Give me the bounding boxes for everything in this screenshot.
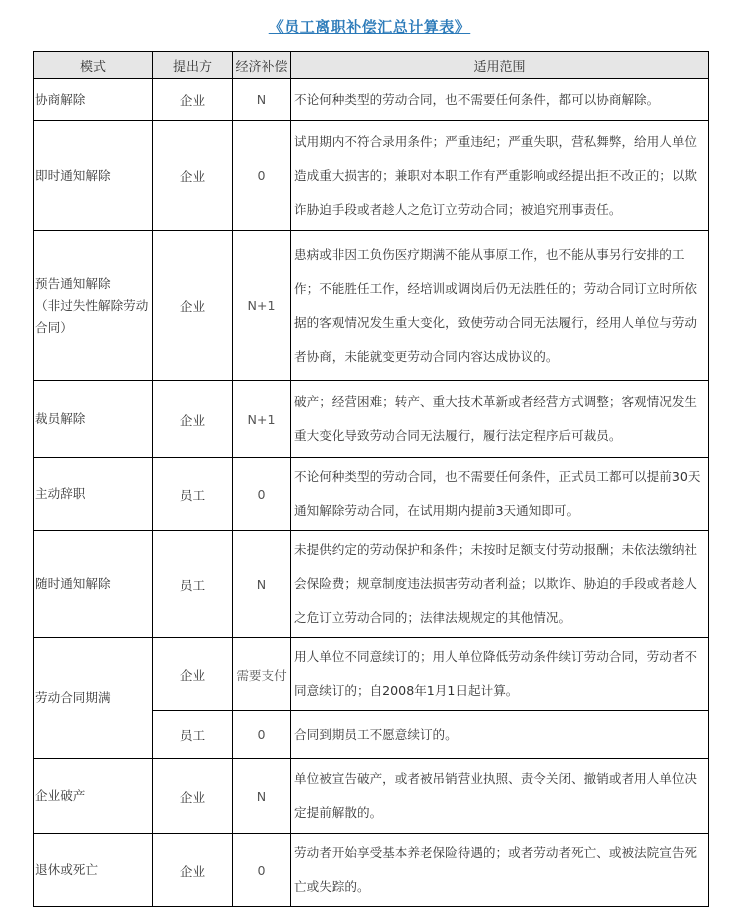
compensation-cell: 0 (233, 121, 291, 231)
compensation-cell: N (233, 759, 291, 834)
proposer-cell: 企业 (153, 231, 233, 381)
header-scope: 适用范围 (291, 52, 709, 79)
compensation-cell: N+1 (233, 231, 291, 381)
scope-cell: 试用期内不符合录用条件；严重违纪；严重失职，营私舞弊，给用人单位造成重大损害的；… (291, 121, 709, 231)
header-compensation: 经济补偿 (233, 52, 291, 79)
proposer-cell: 企业 (153, 759, 233, 834)
table-row: 主动辞职 员工 0 不论何种类型的劳动合同，也不需要任何条件，正式员工都可以提前… (34, 458, 709, 531)
proposer-cell: 企业 (153, 834, 233, 907)
scope-cell: 未提供约定的劳动保护和条件；未按时足额支付劳动报酬；未依法缴纳社会保险费；规章制… (291, 531, 709, 638)
scope-cell: 患病或非因工负伤医疗期满不能从事原工作，也不能从事另行安排的工作；不能胜任工作，… (291, 231, 709, 381)
scope-cell: 不论何种类型的劳动合同，也不需要任何条件，都可以协商解除。 (291, 79, 709, 121)
table-row: 预告通知解除 （非过失性解除劳动合同） 企业 N+1 患病或非因工负伤医疗期满不… (34, 231, 709, 381)
mode-cell: 预告通知解除 （非过失性解除劳动合同） (34, 231, 153, 381)
scope-cell: 不论何种类型的劳动合同，也不需要任何条件，正式员工都可以提前30天通知解除劳动合… (291, 458, 709, 531)
mode-cell: 企业破产 (34, 759, 153, 834)
proposer-cell: 企业 (153, 121, 233, 231)
mode-cell: 随时通知解除 (34, 531, 153, 638)
page-title-link[interactable]: 《员工离职补偿汇总计算表》 (269, 18, 471, 36)
scope-cell: 单位被宣告破产，或者被吊销营业执照、责令关闭、撤销或者用人单位决定提前解散的。 (291, 759, 709, 834)
scope-cell: 合同到期员工不愿意续订的。 (291, 711, 709, 759)
compensation-cell: N (233, 531, 291, 638)
proposer-cell: 员工 (153, 711, 233, 759)
table-row: 随时通知解除 员工 N 未提供约定的劳动保护和条件；未按时足额支付劳动报酬；未依… (34, 531, 709, 638)
mode-cell: 裁员解除 (34, 381, 153, 458)
table-row: 协商解除 企业 N 不论何种类型的劳动合同，也不需要任何条件，都可以协商解除。 (34, 79, 709, 121)
scope-cell: 劳动者开始享受基本养老保险待遇的；或者劳动者死亡、或被法院宣告死亡或失踪的。 (291, 834, 709, 907)
proposer-cell: 员工 (153, 531, 233, 638)
proposer-cell: 企业 (153, 79, 233, 121)
page: 《员工离职补偿汇总计算表》 模式 提出方 经济补偿 适用范围 协商解除 企业 N… (0, 0, 739, 907)
compensation-cell: 0 (233, 834, 291, 907)
mode-cell: 主动辞职 (34, 458, 153, 531)
proposer-cell: 企业 (153, 638, 233, 711)
compensation-cell: N+1 (233, 381, 291, 458)
table-row: 即时通知解除 企业 0 试用期内不符合录用条件；严重违纪；严重失职，营私舞弊，给… (34, 121, 709, 231)
table-row: 企业破产 企业 N 单位被宣告破产，或者被吊销营业执照、责令关闭、撤销或者用人单… (34, 759, 709, 834)
title-bar: 《员工离职补偿汇总计算表》 (0, 0, 739, 51)
compensation-cell: N (233, 79, 291, 121)
compensation-cell: 0 (233, 458, 291, 531)
table-row: 裁员解除 企业 N+1 破产；经营困难；转产、重大技术革新或者经营方式调整；客观… (34, 381, 709, 458)
scope-cell: 破产；经营困难；转产、重大技术革新或者经营方式调整；客观情况发生重大变化导致劳动… (291, 381, 709, 458)
table-row: 劳动合同期满 企业 需要支付 用人单位不同意续订的；用人单位降低劳动条件续订劳动… (34, 638, 709, 711)
proposer-cell: 企业 (153, 381, 233, 458)
compensation-cell: 0 (233, 711, 291, 759)
header-mode: 模式 (34, 52, 153, 79)
table-header: 模式 提出方 经济补偿 适用范围 (34, 52, 709, 79)
header-proposer: 提出方 (153, 52, 233, 79)
header-row: 模式 提出方 经济补偿 适用范围 (34, 52, 709, 79)
severance-table: 模式 提出方 经济补偿 适用范围 协商解除 企业 N 不论何种类型的劳动合同，也… (33, 51, 709, 907)
mode-cell: 退休或死亡 (34, 834, 153, 907)
table-row: 退休或死亡 企业 0 劳动者开始享受基本养老保险待遇的；或者劳动者死亡、或被法院… (34, 834, 709, 907)
mode-cell: 劳动合同期满 (34, 638, 153, 759)
mode-cell: 即时通知解除 (34, 121, 153, 231)
compensation-cell: 需要支付 (233, 638, 291, 711)
mode-cell: 协商解除 (34, 79, 153, 121)
scope-cell: 用人单位不同意续订的；用人单位降低劳动条件续订劳动合同，劳动者不同意续订的；自2… (291, 638, 709, 711)
proposer-cell: 员工 (153, 458, 233, 531)
